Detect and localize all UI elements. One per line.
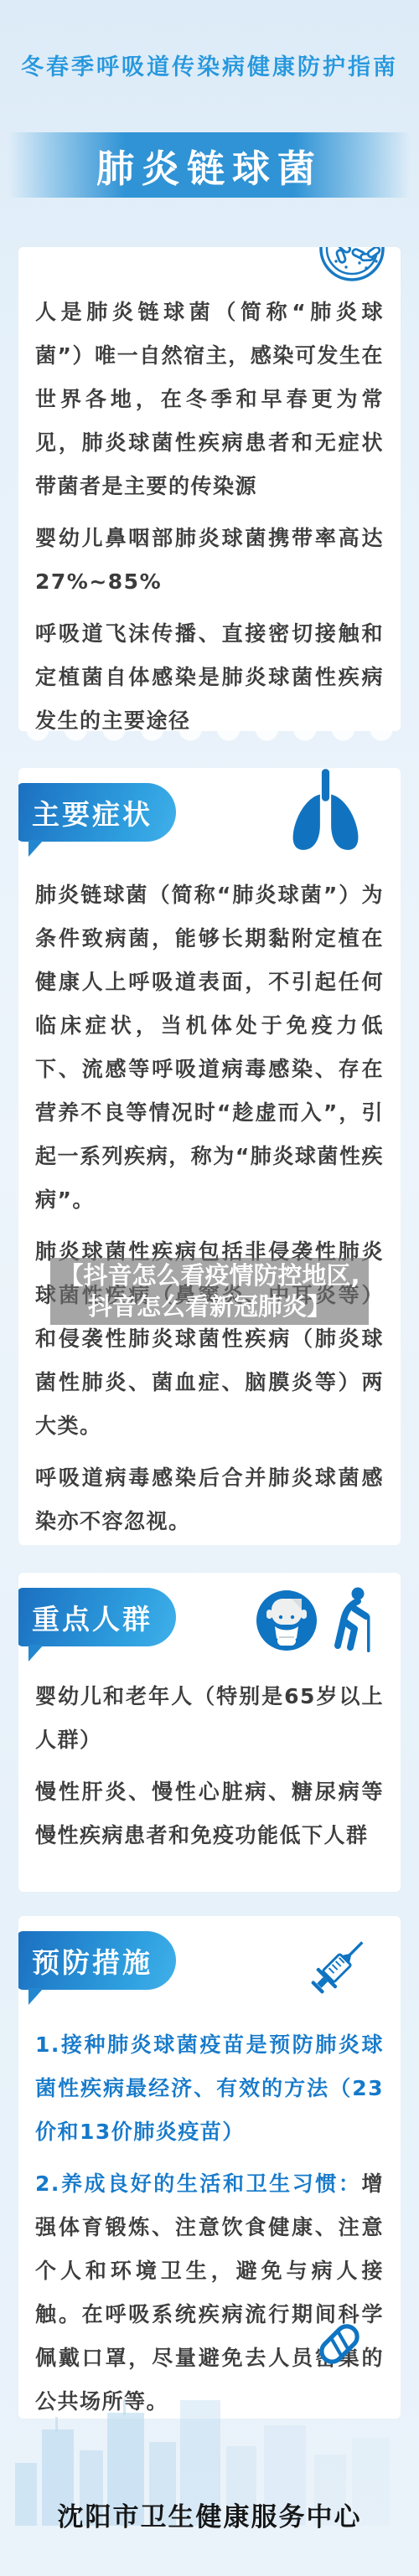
symptoms-paragraph: 呼吸道病毒感染后合并肺炎球菌感染亦不容忽视。 [35,1456,384,1543]
prevention-item-2-lead: 2.养成良好的生活和卫生习惯： [35,2172,361,2196]
elderly-icon [330,1586,374,1653]
priority-groups-badge-label: 重点人群 [32,1598,153,1637]
prevention-badge: 预防措施 [18,1931,176,1990]
watermark-overlay: 【抖音怎么看疫情防控地区,抖音怎么看新冠肺炎】 [50,1258,369,1325]
prevention-item-2: 2.养成良好的生活和卫生习惯：增强体育锻炼、注意饮食健康、注意个人和环境卫生，避… [35,2162,384,2419]
disease-banner-label: 肺炎链球菌 [96,138,323,193]
prevention-item-2-body: 增强体育锻炼、注意饮食健康、注意个人和环境卫生，避免与病人接触。在呼吸系统疾病流… [35,2172,384,2414]
symptoms-card: 主要症状 肺炎链球菌（简称“肺炎球菌”）为条件致病菌，能够长期黏附定植在健康人上… [18,768,401,1545]
symptoms-badge-label: 主要症状 [32,793,153,832]
prevention-badge-label: 预防措施 [32,1941,153,1981]
poster-page: 冬春季呼吸道传染病健康防护指南 肺炎链球菌 [0,0,419,2576]
priority-paragraph: 婴幼儿和老年人（特别是65岁以上人群） [35,1675,384,1762]
symptoms-badge: 主要症状 [18,783,176,842]
intro-paragraph: 呼吸道飞沫传播、直接密切接触和定植菌自体感染是肺炎球菌性疾病发生的主要途径 [35,612,384,731]
intro-paragraph: 婴幼儿鼻咽部肺炎球菌携带率高达27%~85% [35,517,384,604]
intro-paragraph: 人是肺炎链球菌（简称“肺炎球菌”）唯一自然宿主，感染可发生在世界各地，在冬季和早… [35,291,384,508]
syringe-icon [300,1928,377,2005]
baby-icon [255,1589,318,1652]
card-scalloped-edge [18,729,401,744]
page-title: 冬春季呼吸道传染病健康防护指南 [0,49,419,81]
priority-groups-card: 重点人群 [18,1573,401,1892]
lungs-icon [278,768,372,855]
capsule-icon [312,2316,367,2372]
prevention-item-1: 1.接种肺炎球菌疫苗是预防肺炎球菌性疾病最经济、有效的方法（23价和13价肺炎疫… [35,2023,384,2154]
symptoms-paragraph: 肺炎链球菌（简称“肺炎球菌”）为条件致病菌，能够长期黏附定植在健康人上呼吸道表面… [35,873,384,1222]
priority-paragraph: 慢性肝炎、慢性心脏病、糖尿病等慢性疾病患者和免疫功能低下人群 [35,1770,384,1857]
priority-groups-badge: 重点人群 [18,1588,176,1646]
prevention-item-1-lead: 1.接种肺炎球菌疫苗是预防肺炎球菌性疾病最经济、有效的方法（23价和13价肺炎疫… [35,2032,384,2144]
intro-card: 人是肺炎链球菌（简称“肺炎球菌”）唯一自然宿主，感染可发生在世界各地，在冬季和早… [18,247,401,731]
prevention-card: 预防措施 1.接种 [18,1916,401,2419]
disease-banner: 肺炎链球菌 [0,132,419,198]
bacteria-icon [318,247,385,282]
footer-organization: 沈阳市卫生健康服务中心 [0,2496,419,2533]
